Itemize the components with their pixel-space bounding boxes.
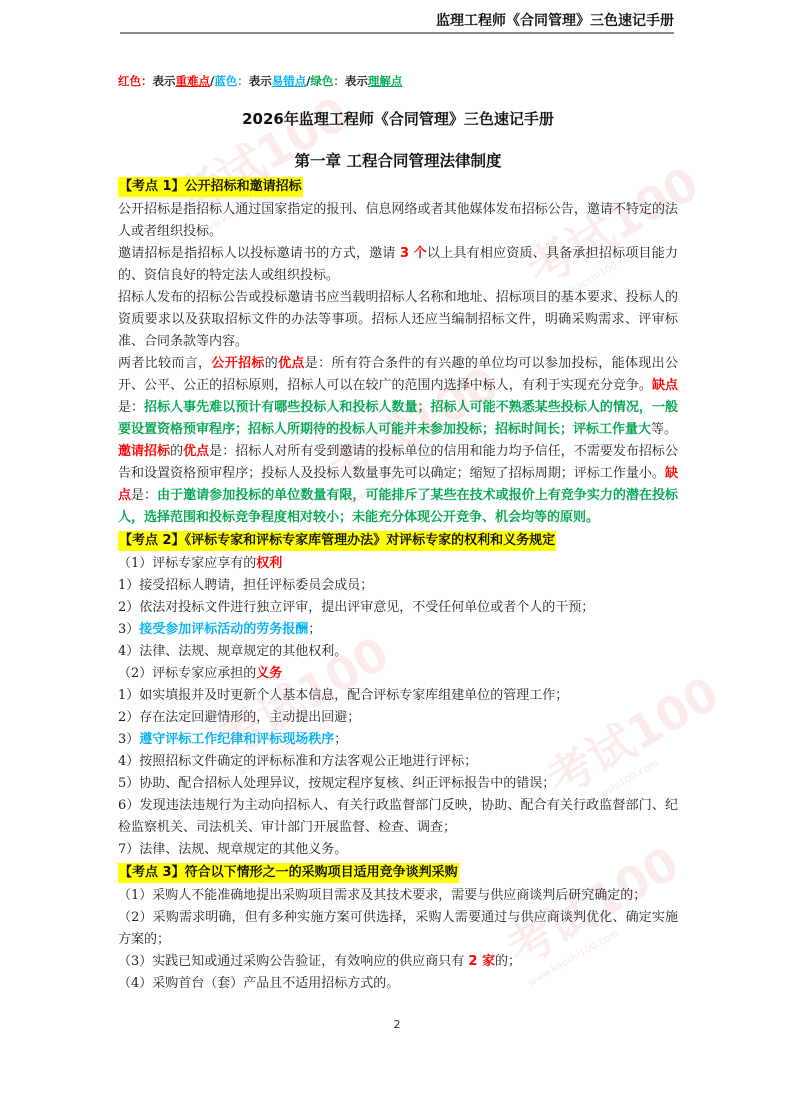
green-text: 由于邀请参加投标的单位数量有限，可能排斥了某些在技术或报价上有竞争实力的潜在投标… (118, 488, 678, 525)
red-term: 缺点 (652, 378, 678, 393)
key-number: 3 个 (400, 246, 427, 261)
paragraph: 招标人发布的招标公告或投标邀请书应当载明招标人名称和地址、招标项目的基本要求、投… (118, 287, 678, 353)
green-text: 招标人事先难以预计有哪些投标人和投标人数量；招标人可能不熟悉某些投标人的情况，一… (118, 400, 678, 437)
list-item: 2）依法对投标文件进行独立评审，提出评审意见，不受任何单位或者个人的干预； (118, 597, 678, 619)
section-heading-1: 【考点 1】公开招标和邀请招标 (118, 177, 303, 197)
list-item: 2）存在法定回避情形的，主动提出回避； (118, 707, 678, 729)
subheading: （1）评标专家应享有的权利 (118, 553, 678, 575)
section-heading-2: 【考点 2】《评标专家和评标专家库管理办法》对评标专家的权利和义务规定 (118, 531, 556, 551)
paragraph: 邀请招标的优点是：招标人对所有受到邀请的投标单位的信用和能力均予信任，不需要发布… (118, 441, 678, 529)
legend-red-desc: 表示 (153, 74, 176, 88)
page-header: 监理工程师《合同管理》三色速记手册 (120, 8, 674, 34)
list-item: 4）法律、法规、规章规定的其他权利。 (118, 641, 678, 663)
blue-text: 遵守评标工作纪律和评标现场秩序 (139, 732, 334, 747)
red-term: 义务 (256, 666, 282, 681)
legend-blue-desc: 表示 (249, 74, 272, 88)
list-item: 3）遵守评标工作纪律和评标现场秩序； (118, 729, 678, 751)
list-item: 3）接受参加评标活动的劳务报酬； (118, 619, 678, 641)
red-term: 权利 (256, 556, 282, 571)
header-title: 监理工程师《合同管理》三色速记手册 (436, 10, 674, 30)
list-item: （4）采购首台（套）产品且不适用招标方式的。 (118, 973, 678, 995)
blue-text: 接受参加评标活动的劳务报酬 (139, 622, 308, 637)
paragraph: 邀请招标是指招标人以投标邀请书的方式，邀请 3 个以上具有相应资质、具备承担招标… (118, 243, 678, 287)
red-term: 优点 (183, 444, 209, 459)
list-item: 1）如实填报并及时更新个人基本信息，配合评标专家库组建单位的管理工作； (118, 685, 678, 707)
legend-blue-label: 蓝色： (214, 74, 249, 88)
chapter-title: 第一章 工程合同管理法律制度 (118, 150, 678, 172)
legend-green-desc: 表示 (345, 74, 368, 88)
color-legend: 红色：表示重难点/蓝色：表示易错点/绿色：表示理解点 (118, 72, 678, 90)
legend-green-term: 理解点 (368, 74, 403, 88)
key-number: 2 家 (468, 954, 495, 969)
legend-green-label: 绿色： (310, 74, 345, 88)
list-item: 1）接受招标人聘请，担任评标委员会成员； (118, 575, 678, 597)
legend-red-label: 红色： (118, 74, 153, 88)
subheading: （2）评标专家应承担的义务 (118, 663, 678, 685)
red-term: 公开招标 (211, 356, 264, 371)
document-title: 2026年监理工程师《合同管理》三色速记手册 (118, 108, 678, 130)
page-number: 2 (0, 1018, 794, 1031)
list-item: （1）采购人不能准确地提出采购项目需求及其技术要求，需要与供应商谈判后研究确定的… (118, 885, 678, 907)
paragraph: 公开招标是指招标人通过国家指定的报刊、信息网络或者其他媒体发布招标公告，邀请不特… (118, 199, 678, 243)
section-heading-3: 【考点 3】符合以下情形之一的采购项目适用竞争谈判采购 (118, 863, 459, 883)
list-item: 7）法律、法规、规章规定的其他义务。 (118, 839, 678, 861)
list-item: 5）协助、配合招标人处理异议，按规定程序复核、纠正评标报告中的错误； (118, 773, 678, 795)
list-item: 4）按照招标文件确定的评标标准和方法客观公正地进行评标； (118, 751, 678, 773)
red-term: 邀请招标 (118, 444, 170, 459)
paragraph: 两者比较而言，公开招标的优点是：所有符合条件的有兴趣的单位均可以参加投标，能体现… (118, 353, 678, 441)
legend-blue-term: 易错点 (272, 74, 307, 88)
list-item: （3）实践已知或通过采购公告验证，有效响应的供应商只有 2 家的； (118, 951, 678, 973)
document-body: 红色：表示重难点/蓝色：表示易错点/绿色：表示理解点 2026年监理工程师《合同… (118, 72, 678, 995)
list-item: （2）采购需求明确，但有多种实施方案可供选择，采购人需要通过与供应商谈判优化、确… (118, 907, 678, 951)
list-item: 6）发现违法违规行为主动向招标人、有关行政监督部门反映，协助、配合有关行政监督部… (118, 795, 678, 839)
red-term: 优点 (278, 356, 305, 371)
legend-red-term: 重难点 (176, 74, 211, 88)
